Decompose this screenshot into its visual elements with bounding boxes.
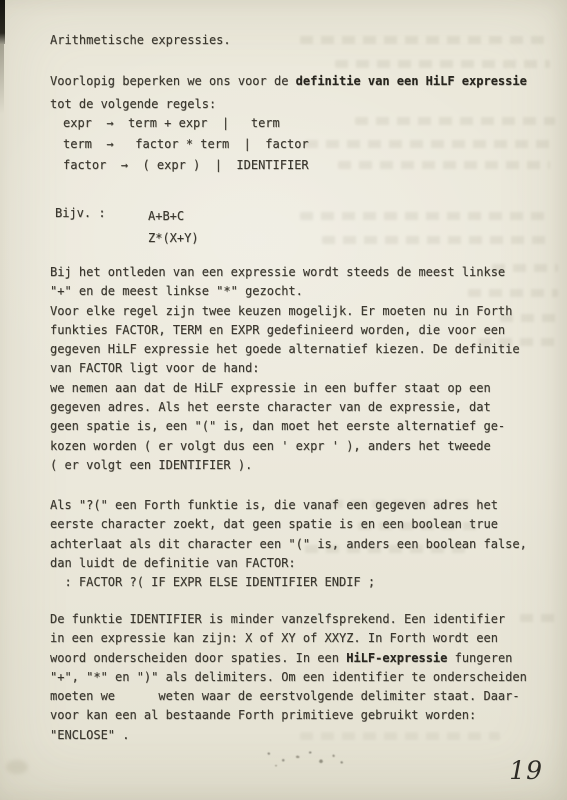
text-line: Bij het ontleden van een expressie wordt…: [50, 263, 520, 282]
grammar-rule-expr: expr → term + expr | term: [63, 113, 309, 134]
example-expression-1: A+B+C: [148, 206, 199, 228]
ink-smudge: [258, 747, 348, 769]
parsing-paragraph: Bij het ontleden van een expressie wordt…: [50, 263, 520, 475]
scan-edge-fade: [0, 44, 4, 114]
text-line: van FACTOR ligt voor de hand:: [50, 359, 520, 378]
text-line: kozen worden ( er volgt dus een ' expr '…: [50, 437, 520, 456]
bleedthrough-line: [355, 117, 555, 125]
text-line: tot de volgende regels:: [50, 93, 527, 116]
text-line: Voor elke regel zijn twee keuzen mogelij…: [50, 302, 520, 321]
intro-paragraph: Voorlopig beperken we ons voor de defini…: [50, 70, 527, 115]
scanned-page: Arithmetische expressies. Voorlopig bepe…: [0, 0, 567, 800]
bleedthrough-line: [300, 36, 545, 44]
identifier-line3-bold-text: HiLF-expressie: [346, 651, 447, 665]
forth-code-line: : FACTOR ?( IF EXPR ELSE IDENTIFIER ENDI…: [50, 573, 527, 592]
scan-edge-artifact: [0, 0, 5, 44]
text-line: De funktie IDENTIFIER is minder vanzelfs…: [50, 610, 527, 629]
text-line: we nemen aan dat de HiLF expressie in ee…: [50, 379, 520, 398]
bleedthrough-line: [305, 140, 553, 148]
grammar-rules: expr → term + expr | term term → factor …: [63, 113, 309, 176]
text-line: ( er volgt een IDENTIFIER ).: [50, 456, 520, 475]
text-line: in een expressie kan zijn: X of XY of XX…: [50, 629, 527, 648]
intro-line1-bold-text: definitie van een HiLF expressie: [296, 74, 527, 88]
intro-line1-text: Voorlopig beperken we ons voor de: [50, 74, 296, 88]
corner-ghost-mark: [6, 760, 28, 774]
page-title: Arithmetische expressies.: [50, 33, 231, 47]
text-line: voor kan een al bestaande Forth primitie…: [50, 706, 527, 725]
example-label: Bijv. :: [55, 206, 106, 220]
text-line: Als "?(" een Forth funktie is, die vanaf…: [50, 496, 527, 515]
example-expression-2: Z*(X+Y): [148, 228, 199, 250]
text-line: gegeven HiLF expressie het goede alterna…: [50, 340, 520, 359]
example-expressions: A+B+C Z*(X+Y): [148, 206, 199, 249]
text-line: "+" en de meest linkse "*" gezocht.: [50, 282, 520, 301]
bleedthrough-line: [335, 60, 550, 68]
bleedthrough-line: [338, 161, 550, 169]
page-number: 19: [509, 756, 543, 785]
text-line: geen spatie is, een "(" is, dan moet het…: [50, 417, 520, 436]
bleedthrough-line: [300, 212, 545, 220]
factor-definition-paragraph: Als "?(" een Forth funktie is, die vanaf…: [50, 496, 527, 592]
text-line: "+", "*" en ")" als delimiters. Om een i…: [50, 668, 527, 687]
identifier-line3-post-text: fungeren: [447, 651, 512, 665]
text-line: eerste character zoekt, dat geen spatie …: [50, 515, 527, 534]
text-line: funkties FACTOR, TERM en EXPR gedefiniee…: [50, 321, 520, 340]
text-line: dan luidt de definitie van FACTOR:: [50, 554, 527, 573]
grammar-rule-factor: factor → ( expr ) | IDENTIFIER: [63, 155, 309, 176]
text-line: achterlaat als dit character een "(" is,…: [50, 535, 527, 554]
text-line: moeten we weten waar de eerstvolgende de…: [50, 687, 527, 706]
text-line: gegeven adres. Als het eerste character …: [50, 398, 520, 417]
grammar-rule-term: term → factor * term | factor: [63, 134, 309, 155]
identifier-line3-text: woord onderscheiden door spaties. In een: [50, 651, 346, 665]
identifier-paragraph: De funktie IDENTIFIER is minder vanzelfs…: [50, 610, 527, 745]
bleedthrough-line: [322, 236, 547, 244]
text-line: woord onderscheiden door spaties. In een…: [50, 649, 527, 668]
enclose-word-line: "ENCLOSE" .: [50, 726, 527, 745]
text-line: Voorlopig beperken we ons voor de defini…: [50, 70, 527, 93]
